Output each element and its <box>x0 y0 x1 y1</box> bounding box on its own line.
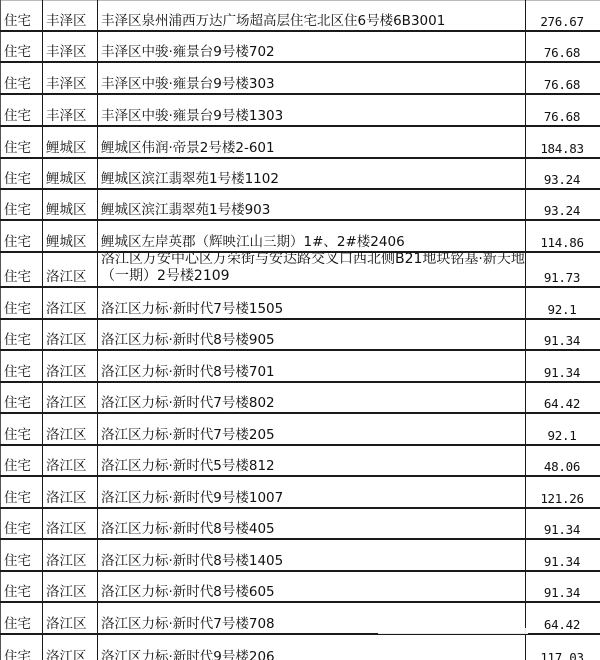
table-row[interactable]: 住宅 洛江区 洛江区力标·新时代9号楼1007 121.26 <box>0 477 600 509</box>
cell-type[interactable]: 住宅 <box>0 0 42 30</box>
table-row[interactable]: 住宅 洛江区 洛江区力标·新时代7号楼802 64.42 <box>0 383 600 414</box>
table-row[interactable]: 住宅 洛江区 洛江区万安中心区万荣街与安达路交叉口西北侧B21地块铭基·新天地（… <box>0 253 600 288</box>
cell-district[interactable]: 洛江区 <box>42 509 97 538</box>
cell-district[interactable]: 洛江区 <box>42 446 97 475</box>
cell-address[interactable]: 洛江区力标·新时代8号楼605 <box>97 572 525 601</box>
cell-district[interactable]: 鲤城区 <box>42 190 97 219</box>
cell-district[interactable]: 鲤城区 <box>42 221 97 251</box>
cell-address[interactable]: 鲤城区滨江翡翠苑1号楼1102 <box>97 159 525 188</box>
table-row[interactable]: 住宅 丰泽区 丰泽区中骏·雍景台9号楼303 76.68 <box>0 63 600 95</box>
cell-area[interactable]: 93.24 <box>525 159 600 188</box>
table-row[interactable]: 住宅 鲤城区 鲤城区左岸英郡（辉映江山三期）1#、2#楼2406 114.86 <box>0 221 600 253</box>
cell-address[interactable]: 丰泽区泉州浦西万达广场超高层住宅北区住6号楼6B3001 <box>97 0 525 30</box>
cell-type[interactable]: 住宅 <box>0 190 42 219</box>
cell-area[interactable]: 114.86 <box>525 221 600 251</box>
cell-district[interactable]: 洛江区 <box>42 383 97 412</box>
cell-address[interactable]: 丰泽区中骏·雍景台9号楼303 <box>97 63 525 93</box>
cell-address[interactable]: 洛江区力标·新时代9号楼206 <box>97 635 525 660</box>
cell-area[interactable]: 91.34 <box>525 320 600 349</box>
cell-area[interactable]: 276.67 <box>525 0 600 30</box>
cell-type[interactable]: 住宅 <box>0 477 42 507</box>
table-row[interactable]: 住宅 洛江区 洛江区力标·新时代5号楼812 48.06 <box>0 446 600 477</box>
table-row[interactable]: 住宅 洛江区 洛江区力标·新时代7号楼1505 92.1 <box>0 288 600 320</box>
cell-type[interactable]: 住宅 <box>0 127 42 157</box>
cell-area[interactable]: 64.42 <box>525 603 600 633</box>
table-row[interactable]: 住宅 丰泽区 丰泽区中骏·雍景台9号楼1303 76.68 <box>0 95 600 127</box>
cell-address[interactable]: 洛江区力标·新时代7号楼1505 <box>97 288 525 318</box>
cell-district[interactable]: 鲤城区 <box>42 159 97 188</box>
cell-district[interactable]: 丰泽区 <box>42 95 97 125</box>
cell-type[interactable]: 住宅 <box>0 32 42 61</box>
cell-district[interactable]: 洛江区 <box>42 253 97 286</box>
cell-address[interactable]: 洛江区力标·新时代8号楼701 <box>97 351 525 381</box>
cell-district[interactable]: 洛江区 <box>42 540 97 570</box>
cell-address[interactable]: 洛江区万安中心区万荣街与安达路交叉口西北侧B21地块铭基·新天地（一期）2号楼2… <box>97 253 525 286</box>
cell-address[interactable]: 丰泽区中骏·雍景台9号楼702 <box>97 32 525 61</box>
cell-area[interactable]: 64.42 <box>525 383 600 412</box>
cell-area[interactable]: 76.68 <box>525 32 600 61</box>
cell-district[interactable]: 洛江区 <box>42 288 97 318</box>
cell-address[interactable]: 洛江区力标·新时代8号楼405 <box>97 509 525 538</box>
cell-area[interactable]: 76.68 <box>525 63 600 93</box>
cell-address[interactable]: 洛江区力标·新时代8号楼905 <box>97 320 525 349</box>
cell-area[interactable]: 48.06 <box>525 446 600 475</box>
cell-district[interactable]: 鲤城区 <box>42 127 97 157</box>
cell-type[interactable]: 住宅 <box>0 446 42 475</box>
cell-type[interactable]: 住宅 <box>0 509 42 538</box>
cell-type[interactable]: 住宅 <box>0 414 42 444</box>
table-row[interactable]: 住宅 鲤城区 鲤城区伟润·帝景2号楼2-601 184.83 <box>0 127 600 159</box>
cell-area[interactable]: 121.26 <box>525 477 600 507</box>
cell-area[interactable]: 184.83 <box>525 127 600 157</box>
cell-area[interactable]: 91.34 <box>525 509 600 538</box>
spreadsheet-table: 住宅 丰泽区 丰泽区泉州浦西万达广场超高层住宅北区住6号楼6B3001 276.… <box>0 0 600 660</box>
cell-area[interactable]: 92.1 <box>525 288 600 318</box>
cell-district[interactable]: 洛江区 <box>42 320 97 349</box>
table-row[interactable]: 住宅 丰泽区 丰泽区泉州浦西万达广场超高层住宅北区住6号楼6B3001 276.… <box>0 0 600 32</box>
table-row[interactable]: 住宅 洛江区 洛江区力标·新时代8号楼905 91.34 <box>0 320 600 351</box>
cell-district[interactable]: 洛江区 <box>42 351 97 381</box>
cell-area[interactable]: 117.03 <box>525 635 600 660</box>
table-row[interactable]: 住宅 洛江区 洛江区力标·新时代8号楼701 91.34 <box>0 351 600 383</box>
cell-type[interactable]: 住宅 <box>0 253 42 286</box>
cell-district[interactable]: 洛江区 <box>42 414 97 444</box>
cell-type[interactable]: 住宅 <box>0 572 42 601</box>
cell-type[interactable]: 住宅 <box>0 603 42 633</box>
cell-district[interactable]: 丰泽区 <box>42 63 97 93</box>
cell-area[interactable]: 93.24 <box>525 190 600 219</box>
cell-district[interactable]: 丰泽区 <box>42 0 97 30</box>
table-row[interactable]: 住宅 洛江区 洛江区力标·新时代7号楼205 92.1 <box>0 414 600 446</box>
cell-type[interactable]: 住宅 <box>0 635 42 660</box>
cell-address[interactable]: 洛江区力标·新时代9号楼1007 <box>97 477 525 507</box>
cell-type[interactable]: 住宅 <box>0 63 42 93</box>
cell-area[interactable]: 91.73 <box>525 253 600 286</box>
cell-district[interactable]: 洛江区 <box>42 635 97 660</box>
image-artifact <box>378 628 528 634</box>
cell-district[interactable]: 丰泽区 <box>42 32 97 61</box>
table-row[interactable]: 住宅 鲤城区 鲤城区滨江翡翠苑1号楼903 93.24 <box>0 190 600 221</box>
cell-area[interactable]: 76.68 <box>525 95 600 125</box>
cell-type[interactable]: 住宅 <box>0 159 42 188</box>
table-row[interactable]: 住宅 丰泽区 丰泽区中骏·雍景台9号楼702 76.68 <box>0 32 600 63</box>
cell-type[interactable]: 住宅 <box>0 383 42 412</box>
cell-type[interactable]: 住宅 <box>0 288 42 318</box>
cell-type[interactable]: 住宅 <box>0 95 42 125</box>
cell-address[interactable]: 鲤城区伟润·帝景2号楼2-601 <box>97 127 525 157</box>
table-row[interactable]: 住宅 洛江区 洛江区力标·新时代8号楼405 91.34 <box>0 509 600 540</box>
cell-district[interactable]: 洛江区 <box>42 603 97 633</box>
table-row[interactable]: 住宅 洛江区 洛江区力标·新时代9号楼206 117.03 <box>0 635 600 660</box>
cell-district[interactable]: 洛江区 <box>42 572 97 601</box>
cell-address[interactable]: 鲤城区左岸英郡（辉映江山三期）1#、2#楼2406 <box>97 221 525 251</box>
cell-type[interactable]: 住宅 <box>0 221 42 251</box>
cell-address[interactable]: 鲤城区滨江翡翠苑1号楼903 <box>97 190 525 219</box>
cell-address[interactable]: 洛江区力标·新时代5号楼812 <box>97 446 525 475</box>
cell-area[interactable]: 92.1 <box>525 414 600 444</box>
cell-type[interactable]: 住宅 <box>0 351 42 381</box>
cell-address[interactable]: 洛江区力标·新时代7号楼802 <box>97 383 525 412</box>
cell-address[interactable]: 洛江区力标·新时代7号楼205 <box>97 414 525 444</box>
cell-address[interactable]: 丰泽区中骏·雍景台9号楼1303 <box>97 95 525 125</box>
cell-district[interactable]: 洛江区 <box>42 477 97 507</box>
table-row[interactable]: 住宅 洛江区 洛江区力标·新时代8号楼1405 91.34 <box>0 540 600 572</box>
cell-area[interactable]: 91.34 <box>525 540 600 570</box>
cell-area[interactable]: 91.34 <box>525 572 600 601</box>
cell-address[interactable]: 洛江区力标·新时代8号楼1405 <box>97 540 525 570</box>
table-row[interactable]: 住宅 洛江区 洛江区力标·新时代8号楼605 91.34 <box>0 572 600 603</box>
table-row[interactable]: 住宅 鲤城区 鲤城区滨江翡翠苑1号楼1102 93.24 <box>0 159 600 190</box>
cell-type[interactable]: 住宅 <box>0 320 42 349</box>
cell-type[interactable]: 住宅 <box>0 540 42 570</box>
cell-area[interactable]: 91.34 <box>525 351 600 381</box>
